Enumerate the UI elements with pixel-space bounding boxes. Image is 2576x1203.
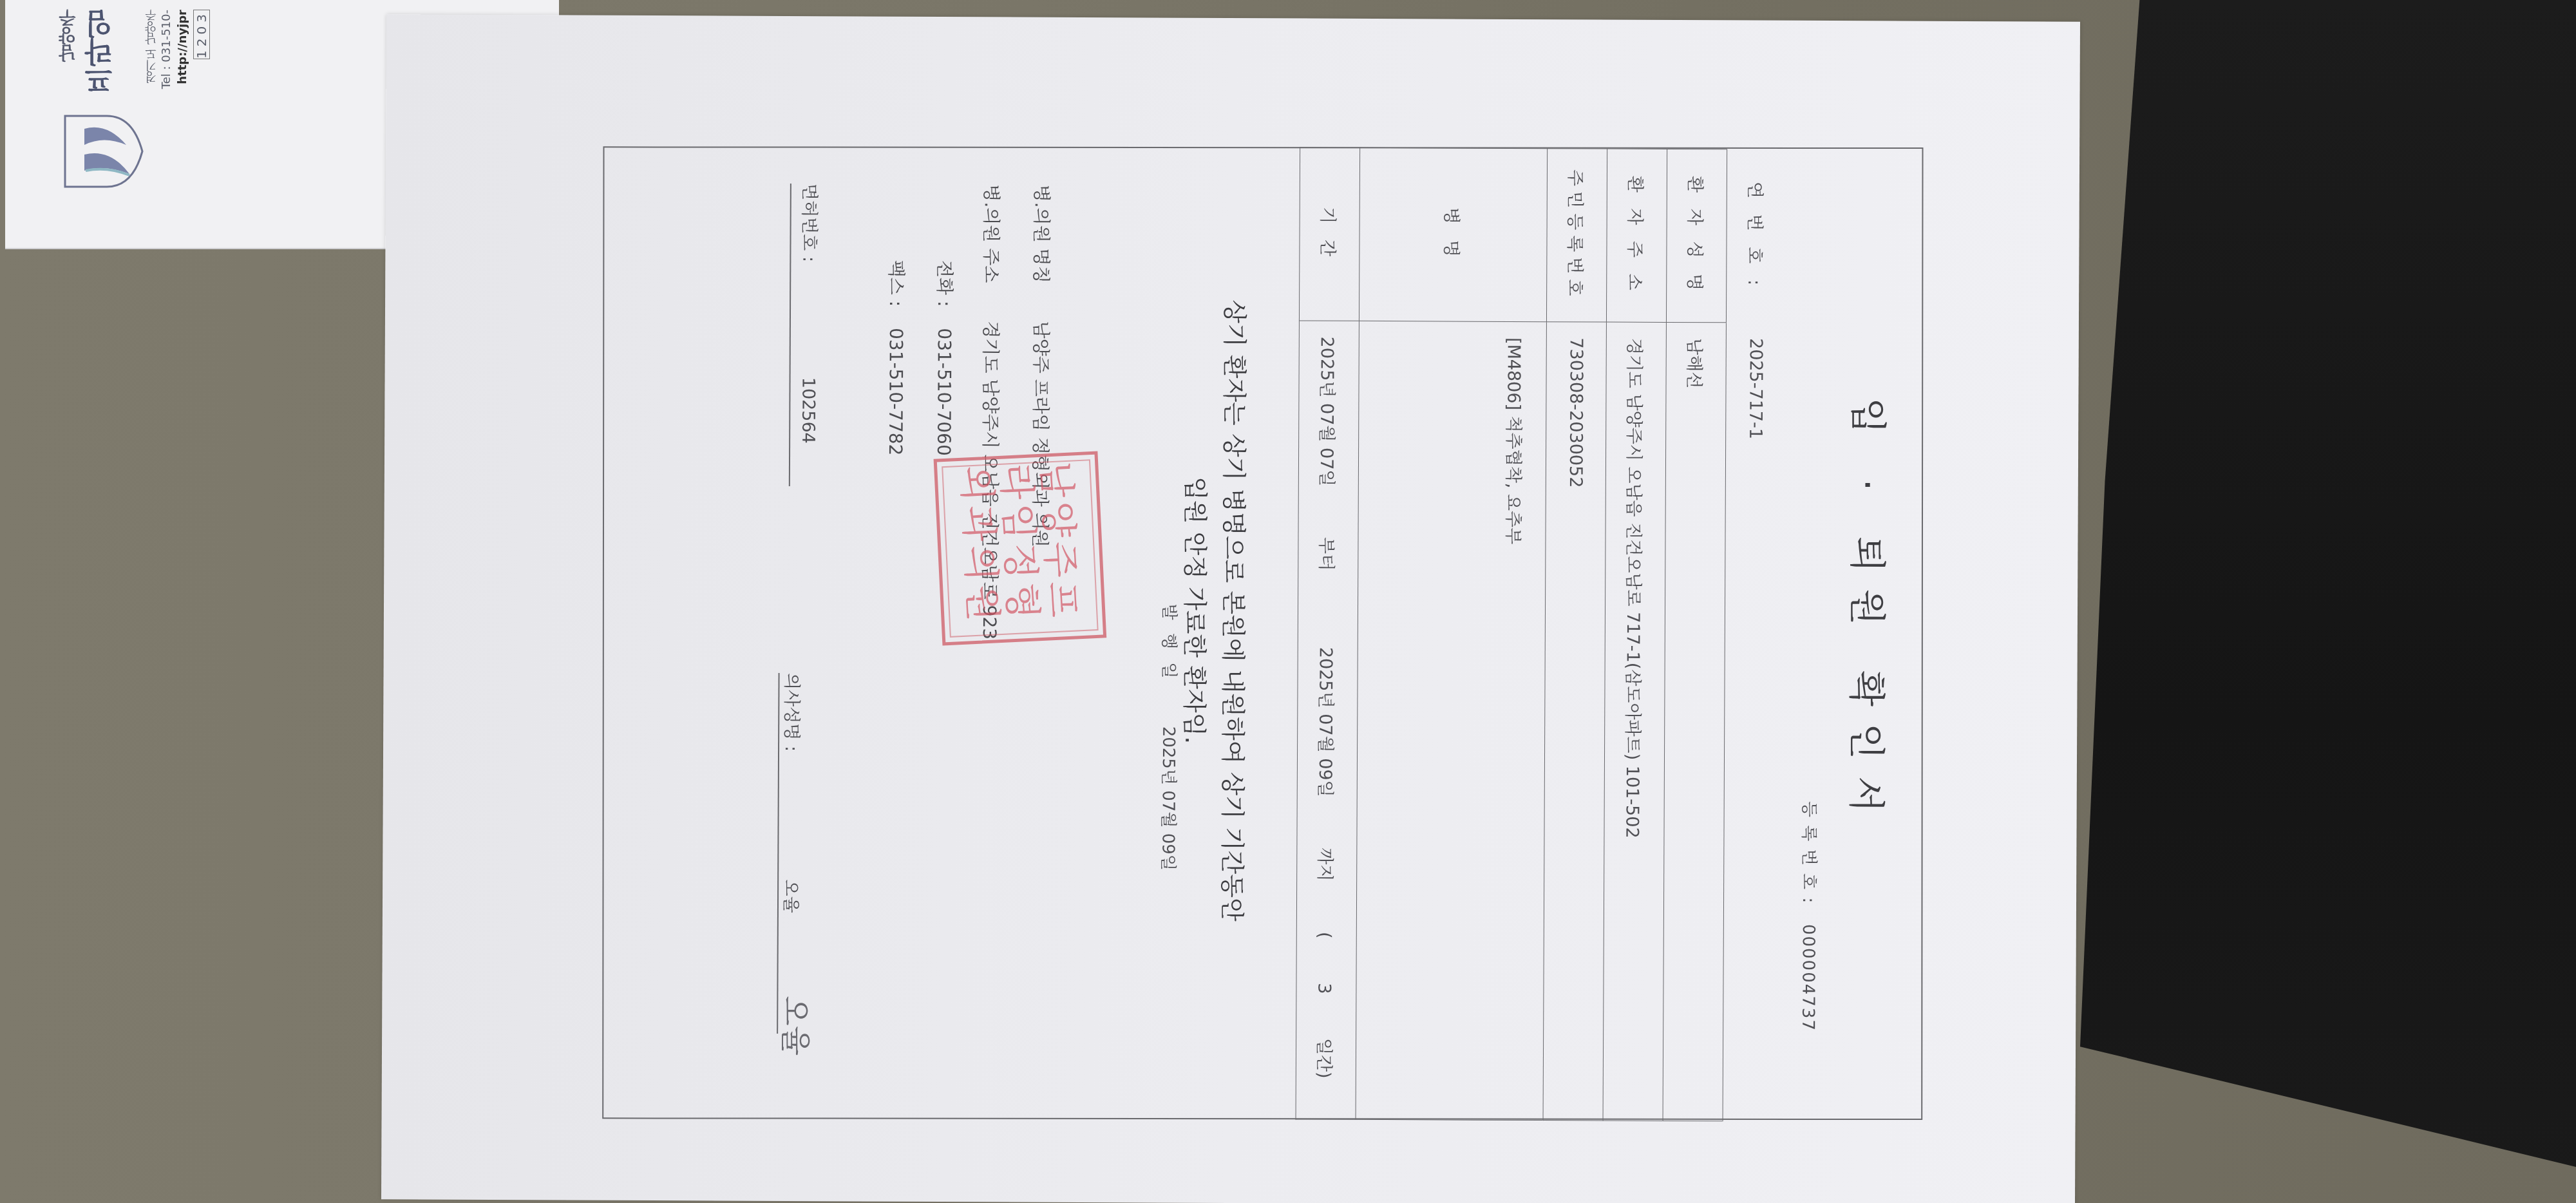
hospital-address-label: 병.의원 주소: [980, 184, 1002, 283]
registration-value: 000004737: [1798, 924, 1818, 1032]
issue-date: 발 행 일 2025년 07월 09일: [1157, 604, 1182, 871]
hospital-seal-stamp: 남양주프라임정형외과의원: [934, 451, 1107, 646]
card-tel: Tel : 031-510-: [160, 10, 173, 89]
phone-label: 전화 :: [934, 260, 955, 307]
serial-label: 연 번 호 :: [1726, 149, 1786, 323]
period-paren: (: [1314, 932, 1334, 939]
phone-value: 031-510-7060: [933, 328, 955, 456]
doctor-name: 의사성명 : 오율 오율: [775, 673, 822, 1056]
statement-line-2: 입원 안정 가료한 환자임.: [1177, 95, 1217, 1126]
card-clinic-small: 남양주: [57, 10, 82, 62]
doctor-signature: 오율: [777, 996, 813, 1056]
issue-label: 발 행 일: [1159, 604, 1179, 683]
period-from: 부터: [1316, 537, 1336, 571]
serial-row: 연 번 호 : 2025-717-1: [1723, 149, 1786, 1121]
diagnosis: [M4806] 척추협착, 요추부: [1356, 321, 1546, 1120]
doctor-label: 의사성명 :: [781, 673, 802, 752]
card-address: 경기도 남양주: [144, 10, 160, 83]
period-days: 3: [1314, 983, 1334, 994]
row-label: 주민등록번호: [1546, 149, 1607, 322]
registration-number: 등 록 번 호 : 000004737: [1797, 801, 1823, 1032]
period-label: 기 간: [1299, 147, 1359, 321]
period-value: 2025년 07월 07일 부터 2025년 07월 09일 까지 ( 3 일간…: [1296, 321, 1359, 1119]
statement-line-1: 상기 환자는 상기 병명으로 본원에 내원하여 상기 기간동안: [1216, 95, 1256, 1126]
hospital-phone-row: 전화 : 031-510-7060: [932, 260, 958, 456]
registration-label: 등 록 번 호 :: [1799, 801, 1819, 904]
hospital-name-label: 병.의원 명칭: [1030, 185, 1052, 283]
postal-digit: 1: [194, 46, 209, 59]
row-label: 환 자 성 명: [1666, 149, 1727, 322]
card-postal-code: 1203: [193, 10, 210, 59]
table-row: 병 명 [M4806] 척추협착, 요추부: [1356, 147, 1548, 1120]
patient-info-table: 연 번 호 : 2025-717-1 환 자 성 명 남해선 환 자 주 소 경…: [1296, 147, 1787, 1121]
table-row: 환 자 주 소 경기도 남양주시 오남읍 진건오남로 717-1(삼도아파트) …: [1603, 149, 1667, 1121]
resident-number: 730308-2030052: [1543, 322, 1606, 1121]
hospital-fax-row: 팩스 : 031-510-7782: [884, 260, 910, 456]
card-clinic-name: 프라임: [81, 10, 122, 95]
period-days-unit: 일간): [1314, 1038, 1334, 1079]
fax-label: 팩스 :: [885, 260, 907, 307]
license-number: 면허번호 : 102564: [797, 184, 824, 444]
period-to: 까지: [1315, 848, 1335, 881]
table-row: 환 자 성 명 남해선: [1663, 149, 1727, 1121]
license-label: 면허번호 :: [799, 184, 819, 262]
period-start: 2025년 07월 07일: [1316, 337, 1337, 487]
fax-value: 031-510-7782: [885, 328, 907, 456]
patient-address: 경기도 남양주시 오남읍 진건오남로 717-1(삼도아파트) 101-502: [1603, 322, 1666, 1121]
serial-value: 2025-717-1: [1723, 323, 1786, 1121]
period-row: 기 간 2025년 07월 07일 부터 2025년 07월 09일 까지 ( …: [1296, 147, 1360, 1119]
document-title: 입 · 퇴원 확인서: [1841, 98, 1900, 1128]
admission-discharge-certificate: 입 · 퇴원 확인서 등 록 번 호 : 000004737 연 번 호 : 2…: [549, 92, 1926, 1128]
doctor-value: 오율: [781, 880, 800, 913]
clinic-logo-icon: [55, 109, 152, 193]
license-value: 102564: [798, 377, 818, 444]
dark-fabric-background: [2080, 0, 2576, 1203]
patient-name: 남해선: [1663, 322, 1726, 1121]
table-row: 주민등록번호 730308-2030052: [1543, 149, 1607, 1121]
row-label: 환 자 주 소: [1606, 149, 1667, 322]
card-url: http://nyjpr: [176, 10, 189, 84]
issue-value: 2025년 07월 09일: [1158, 726, 1178, 871]
postal-digit: 2: [194, 34, 209, 46]
postal-digit: 0: [194, 23, 209, 35]
postal-digit: 3: [194, 10, 209, 23]
period-end: 2025년 07월 09일: [1315, 647, 1336, 797]
document-paper: 입 · 퇴원 확인서 등 록 번 호 : 000004737 연 번 호 : 2…: [381, 14, 2080, 1203]
row-label: 병 명: [1359, 147, 1547, 321]
